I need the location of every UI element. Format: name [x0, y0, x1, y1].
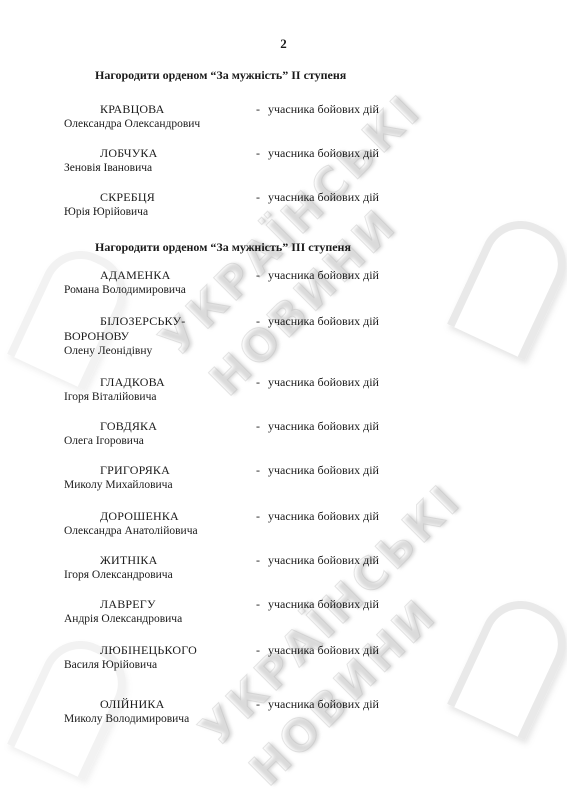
- award-description: -учасника бойових дій: [256, 463, 379, 478]
- description-text: учасника бойових дій: [268, 268, 379, 282]
- watermark-logo-icon: [447, 208, 567, 360]
- given-name: Юрія Юрійовича: [64, 205, 424, 220]
- award-description: -учасника бойових дій: [256, 102, 379, 117]
- description-text: учасника бойових дій: [268, 553, 379, 567]
- dash-separator: -: [256, 419, 260, 433]
- given-name: Олександра Анатолійовича: [64, 524, 424, 539]
- dash-separator: -: [256, 102, 260, 116]
- award-entry: ГОВДЯКАОлега Ігоровича-учасника бойових …: [64, 419, 424, 449]
- given-name: Миколу Володимировича: [64, 712, 424, 727]
- dash-separator: -: [256, 597, 260, 611]
- award-description: -учасника бойових дій: [256, 190, 379, 205]
- given-name: Романа Володимировича: [64, 283, 424, 298]
- given-name: Василя Юрійовича: [64, 658, 424, 673]
- award-description: -учасника бойових дій: [256, 314, 379, 329]
- description-text: учасника бойових дій: [268, 697, 379, 711]
- award-entry: ГРИГОРЯКАМиколу Михайловича-учасника бой…: [64, 463, 424, 493]
- description-text: учасника бойових дій: [268, 314, 379, 328]
- page-number: 2: [0, 36, 567, 52]
- award-entry: ГЛАДКОВАІгоря Віталійовича-учасника бойо…: [64, 375, 424, 405]
- award-entry: ДОРОШЕНКАОлександра Анатолійовича-учасни…: [64, 509, 424, 539]
- award-entry: АДАМЕНКАРомана Володимировича-учасника б…: [64, 268, 424, 298]
- dash-separator: -: [256, 268, 260, 282]
- award-description: -учасника бойових дій: [256, 597, 379, 612]
- description-text: учасника бойових дій: [268, 102, 379, 116]
- award-description: -учасника бойових дій: [256, 697, 379, 712]
- award-description: -учасника бойових дій: [256, 375, 379, 390]
- dash-separator: -: [256, 463, 260, 477]
- dash-separator: -: [256, 697, 260, 711]
- award-entry: ЖИТНІКАІгоря Олександровича-учасника бой…: [64, 553, 424, 583]
- award-description: -учасника бойових дій: [256, 509, 379, 524]
- dash-separator: -: [256, 190, 260, 204]
- document-page: УКРАЇНСЬКІ НОВИНИ УКРАЇНСЬКІ НОВИНИ 2 На…: [0, 0, 567, 800]
- description-text: учасника бойових дій: [268, 643, 379, 657]
- award-entry: ЛАВРЕГУАндрія Олександровича-учасника бо…: [64, 597, 424, 627]
- award-description: -учасника бойових дій: [256, 268, 379, 283]
- description-text: учасника бойових дій: [268, 375, 379, 389]
- given-name: Ігоря Олександровича: [64, 568, 424, 583]
- given-name: Олега Ігоровича: [64, 434, 424, 449]
- given-name: Андрія Олександровича: [64, 612, 424, 627]
- given-name: Олександра Олександрович: [64, 117, 424, 132]
- award-description: -учасника бойових дій: [256, 553, 379, 568]
- description-text: учасника бойових дій: [268, 509, 379, 523]
- award-entry: БІЛОЗЕРСЬКУ-ВОРОНОВУОлену Леонідівну-уча…: [64, 314, 424, 359]
- description-text: учасника бойових дій: [268, 146, 379, 160]
- dash-separator: -: [256, 375, 260, 389]
- given-name: Зеновія Івановича: [64, 161, 424, 176]
- award-description: -учасника бойових дій: [256, 419, 379, 434]
- surname-continuation: ВОРОНОВУ: [64, 329, 424, 344]
- award-entry: ОЛІЙНИКАМиколу Володимировича-учасника б…: [64, 697, 424, 727]
- dash-separator: -: [256, 509, 260, 523]
- given-name: Миколу Михайловича: [64, 478, 424, 493]
- given-name: Ігоря Віталійовича: [64, 390, 424, 405]
- section-heading: Нагородити орденом “За мужність” ІІ ступ…: [95, 68, 346, 83]
- dash-separator: -: [256, 643, 260, 657]
- section-heading: Нагородити орденом “За мужність” ІІІ сту…: [95, 240, 351, 255]
- award-description: -учасника бойових дій: [256, 146, 379, 161]
- award-entry: ЛЮБІНЕЦЬКОГОВасиля Юрійовича-учасника бо…: [64, 643, 424, 673]
- award-entry: СКРЕБЦЯЮрія Юрійовича-учасника бойових д…: [64, 190, 424, 220]
- dash-separator: -: [256, 146, 260, 160]
- dash-separator: -: [256, 553, 260, 567]
- dash-separator: -: [256, 314, 260, 328]
- description-text: учасника бойових дій: [268, 597, 379, 611]
- award-entry: КРАВЦОВАОлександра Олександрович-учасник…: [64, 102, 424, 132]
- given-name: Олену Леонідівну: [64, 344, 424, 359]
- description-text: учасника бойових дій: [268, 463, 379, 477]
- description-text: учасника бойових дій: [268, 190, 379, 204]
- award-description: -учасника бойових дій: [256, 643, 379, 658]
- watermark-logo-icon: [447, 588, 567, 740]
- award-entry: ЛОБЧУКАЗеновія Івановича-учасника бойови…: [64, 146, 424, 176]
- description-text: учасника бойових дій: [268, 419, 379, 433]
